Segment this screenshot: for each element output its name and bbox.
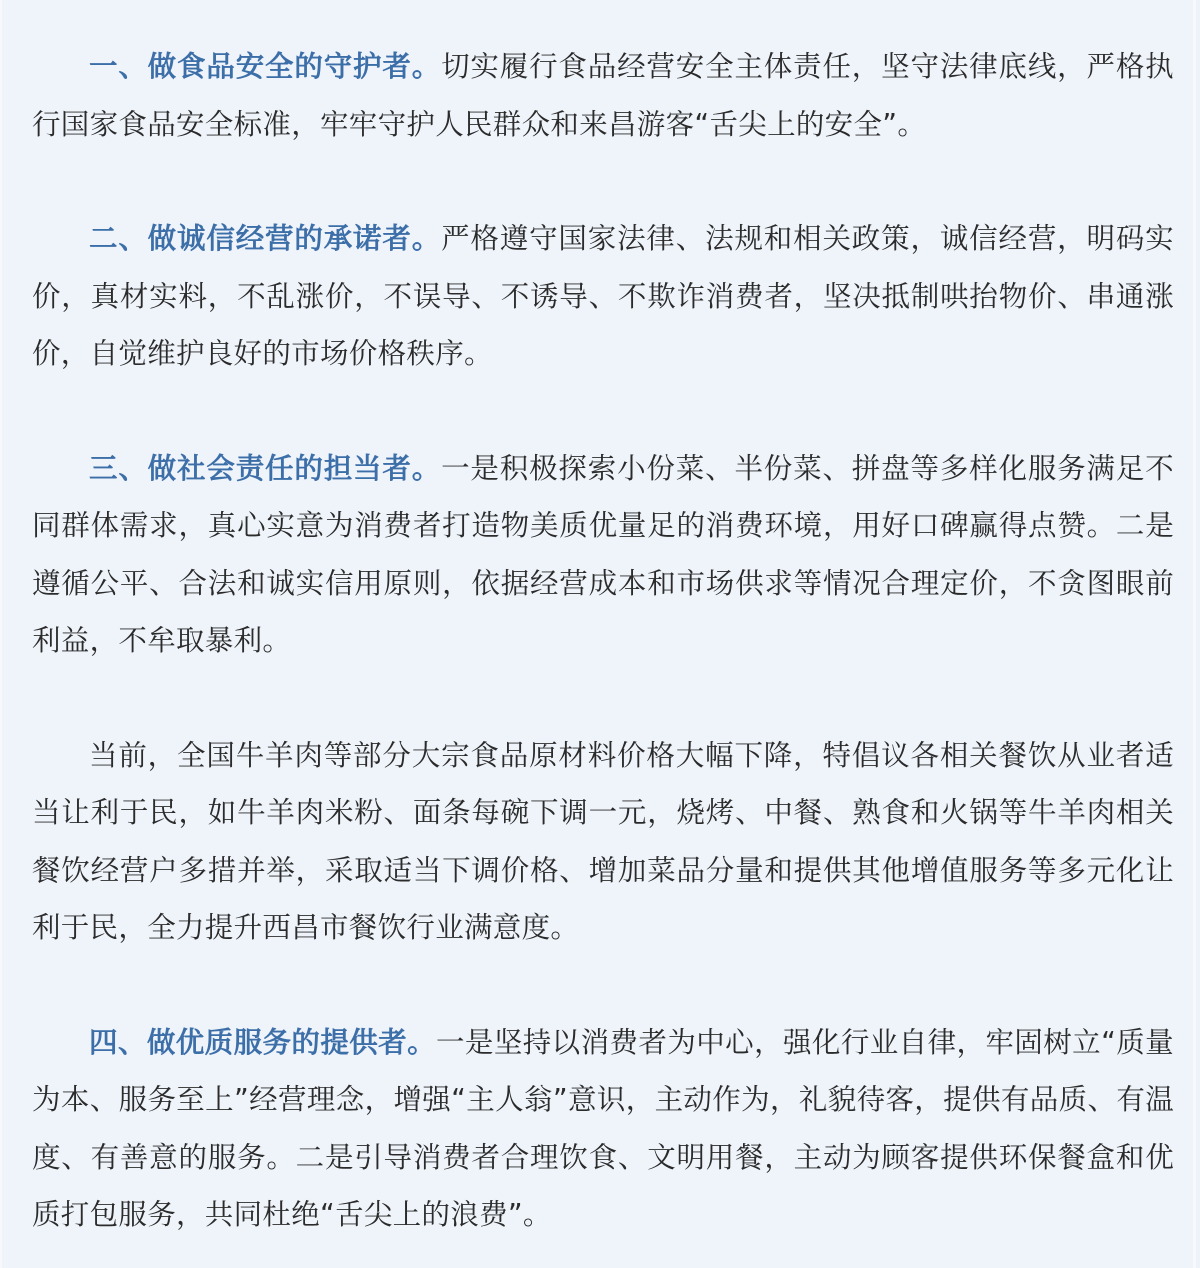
paragraph-heading: 二、做诚信经营的承诺者。	[89, 222, 441, 255]
paragraph-quality-service: 四、做优质服务的提供者。一是坚持以消费者为中心，强化行业自律，牢固树立“质量为本…	[32, 1014, 1174, 1244]
paragraph-honest-business: 二、做诚信经营的承诺者。严格遵守国家法律、法规和相关政策，诚信经营，明码实价，真…	[32, 210, 1174, 383]
paragraph-price-reduction: 当前，全国牛羊肉等部分大宗食品原材料价格大幅下降，特倡议各相关餐饮从业者适当让利…	[32, 727, 1174, 957]
document-page: 一、做食品安全的守护者。切实履行食品经营安全主体责任，坚守法律底线，严格执行国家…	[0, 0, 1196, 1268]
paragraph-heading: 一、做食品安全的守护者。	[89, 50, 441, 83]
paragraph-food-safety: 一、做食品安全的守护者。切实履行食品经营安全主体责任，坚守法律底线，严格执行国家…	[32, 38, 1174, 153]
paragraph-social-responsibility: 三、做社会责任的担当者。一是积极探索小份菜、半份菜、拼盘等多样化服务满足不同群体…	[32, 440, 1174, 670]
paragraph-text: 当前，全国牛羊肉等部分大宗食品原材料价格大幅下降，特倡议各相关餐饮从业者适当让利…	[32, 739, 1174, 945]
paragraph-heading: 四、做优质服务的提供者。	[89, 1026, 436, 1059]
paragraph-heading: 三、做社会责任的担当者。	[89, 452, 441, 485]
document-body: 一、做食品安全的守护者。切实履行食品经营安全主体责任，坚守法律底线，严格执行国家…	[32, 38, 1174, 1244]
